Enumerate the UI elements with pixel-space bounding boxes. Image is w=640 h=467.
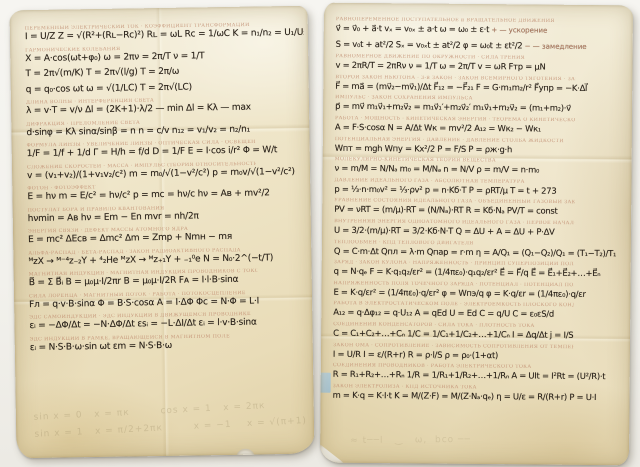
handwritten-formula: ν = m/M = N/Nₐ m₀ = M/Nₐ n = N/V ρ = m/V… — [335, 162, 628, 177]
handwritten-formula: p⃗ = mv⃗ m₁v⃗₁+m₂v⃗₂ = m₁v⃗₁′+m₂v⃗₂′ m₁v… — [335, 100, 628, 115]
formula-line: ЗАКОН ЭЛЕКТРОЛИЗА · КПД ИСТОЧНИКА ТОКАm … — [333, 382, 626, 403]
formula-line: РАВНОМЕРНОЕ ДВИЖЕНИЕ ПО ОКРУЖНОСТИ · СИЛ… — [335, 53, 628, 74]
formula-line: АЛЬФА-РАСПАД · БЕТА-РАСПАД · ЗАКОН РАДИО… — [28, 245, 307, 269]
formula-line: S = v₀t + at²/2 Sₓ = v₀ₓt ± at²/2 φ = ω₀… — [336, 37, 629, 53]
formula-line: ФОТОН · ФОТОЭФФЕКТE = hν m = E/c² = hν/c… — [27, 181, 306, 205]
formula-line: НАПРЯЖЁННОСТЬ ПОЛЯ ТОЧЕЧНОГО ЗАРЯДА · ПО… — [333, 279, 626, 300]
handwritten-formula: I = U/R I = ε/(R+r) R = ρ·l/S ρ = ρ₀·(1+… — [333, 347, 626, 362]
handwritten-formula: S = v₀t + at²/2 Sₓ = v₀ₓt ± at²/2 φ = ω₀… — [336, 37, 629, 53]
handwritten-formula: C = C₁+C₂+…+Cₙ 1/C = 1/C₁+1/C₂+…+1/Cₙ I … — [333, 327, 626, 342]
formula-line: ПОСТУЛАТ БОРА И ПРАВИЛО КВАНТОВАНИЯhνmin… — [28, 202, 307, 226]
formula-line: РАВНОПЕРЕМЕННОЕ ПОСТУПАТЕЛЬНОЕ и ВРАЩАТЕ… — [336, 16, 629, 38]
formula-line: РАБОТА · МОЩНОСТЬ · КИНЕТИЧЕСКАЯ ЭНЕРГИЯ… — [335, 115, 628, 136]
formula-line: ПЕРЕМЕННЫЙ ЭЛЕКТРИЧЕСКИЙ ТОК · КОЭФФИЦИЕ… — [25, 21, 304, 45]
pencil-note-left: sin x = 0 x = πк cos x = 1 x = 2πк sin x… — [33, 396, 307, 444]
handwritten-formula: PV = νRT = (m/μ)·RT = (N/Nₐ)·RT R = Kб·N… — [334, 203, 627, 218]
formula-line: ГАРМОНИЧЕСКИЕ КОЛЕБАНИЯX = A·cos(ωt+φ₀) … — [25, 42, 304, 66]
handwritten-formula: v = 2πR/T = 2πRν ν = 1/T ω = 2π/T v = ωR… — [335, 59, 628, 74]
photo-background: ПЕРЕМЕННЫЙ ЭЛЕКТРИЧЕСКИЙ ТОК · КОЭФФИЦИЕ… — [0, 0, 640, 467]
formula-line: ДАВЛЕНИЕ ИДЕАЛЬНОГО ГАЗА · АБСОЛЮТНАЯ ТЕ… — [334, 177, 627, 198]
formula-line: СЛОЖЕНИЕ СКОРОСТЕЙ · МАССА · ИМПУЛЬС (ТЕ… — [27, 159, 306, 183]
right-page-formulas: РАВНОПЕРЕМЕННОЕ ПОСТУПАТЕЛЬНОЕ и ВРАЩАТЕ… — [321, 3, 633, 406]
handwritten-formula: A₁₂ = q·Δφ₁₂ = q·U₁₂ A = qEd U = Ed C = … — [333, 306, 626, 321]
handwritten-formula: R = R₁+R₂+…+Rₙ 1/R = 1/R₁+1/R₂+…+1/Rₙ A … — [333, 368, 626, 383]
formula-line: ИМПУЛЬС · ЗАКОН СОХРАНЕНИЯ ИМПУЛЬСАp⃗ = … — [335, 94, 628, 115]
torn-notch — [236, 449, 254, 459]
formula-line: МОЛЕКУЛЯРНО-КИНЕТИЧЕСКАЯ ТЕОРИЯ ВЕЩЕСТВА… — [335, 156, 628, 177]
sign-legend: + — ускорение — [489, 26, 547, 35]
handwritten-formula: q = N·qₑ F = K·q₁q₂/εr² = (1/4πε₀)·q₁q₂/… — [334, 265, 627, 280]
formula-line: СОЕДИНЕНИЯ КОНДЕНСАТОРОВ · СИЛА ТОКА · П… — [333, 321, 626, 342]
formula-line: ТЕПЛООБМЕН · КПД ТЕПЛОВОГО ДВИГАТЕЛЯQ = … — [334, 238, 627, 259]
handwritten-formula: Q = C·m·Δt Qпл = λ·m Qпар = r·m η = A/Q₁… — [334, 244, 627, 259]
formula-line: ЭДС ИНДУКЦИИ В РАМКЕ, ВРАЩАЮЩЕЙСЯ В МАГН… — [30, 331, 309, 355]
left-sheet-surface: ПЕРЕМЕННЫЙ ЭЛЕКТРИЧЕСКИЙ ТОК · КОЭФФИЦИЕ… — [9, 6, 314, 459]
formula-line: ЭДС САМОИНДУКЦИИ · ЭДС ИНДУКЦИИ В ДВИЖУЩ… — [29, 310, 308, 334]
formula-line: ВНУТРЕННЯЯ ЭНЕРГИЯ ОДНОАТОМНОГО ИДЕАЛЬНО… — [334, 218, 627, 239]
right-sheet-surface: РАВНОПЕРЕМЕННОЕ ПОСТУПАТЕЛЬНОЕ и ВРАЩАТЕ… — [320, 3, 633, 466]
left-sheet: ПЕРЕМЕННЫЙ ЭЛЕКТРИЧЕСКИЙ ТОК · КОЭФФИЦИЕ… — [9, 6, 314, 459]
formula-line: СОЕДИНЕНИЯ ПРОВОДНИКОВ · РАБОТА ЭЛЕКТРИЧ… — [333, 362, 626, 383]
tape-sticker — [320, 373, 331, 393]
torn-corner — [320, 444, 345, 464]
right-sheet: РАВНОПЕРЕМЕННОЕ ПОСТУПАТЕЛЬНОЕ и ВРАЩАТЕ… — [320, 3, 633, 466]
formula-line: ЗАРЯД · ЗАКОН КУЛОНА · НАПРЯЖЁННОСТЬ · П… — [334, 259, 627, 280]
formula-line: МАГНИТНАЯ ИНДУКЦИЯ · МАГНИТНАЯ ИНДУКЦИЯ … — [29, 267, 308, 291]
handwritten-formula: v⃗ = v⃗₀ + a⃗·t vₓ = v₀ₓ ± a·t ω = ω₀ ± … — [336, 22, 629, 38]
handwritten-formula: m = K·q = K·I·t K = M/(Z·F) = M/(Z·Nₐ·qₑ… — [333, 388, 626, 403]
handwritten-formula: p = ⅓·n·m₀v² = ⅓·ρv² p = n·Kб·T P = ρRT/… — [334, 183, 627, 198]
left-page-formulas: ПЕРЕМЕННЫЙ ЭЛЕКТРИЧЕСКИЙ ТОК · КОЭФФИЦИЕ… — [9, 6, 312, 358]
formula-line: РАБОТА В ЭЛЕКТРОСТАТИЧЕСКОМ ПОЛЕ · ЭЛЕКТ… — [333, 300, 626, 321]
formula-line: ДИФРАКЦИЯ · ПРЕЛОМЛЕНИЕ СВЕТАd·sinφ = Kλ… — [26, 116, 305, 140]
handwritten-formula: A = F·S·cosα N = A/Δt Wк = mv²/2 A₁₂ = W… — [335, 121, 628, 136]
formula-line: УРАВНЕНИЕ СОСТОЯНИЯ ИДЕАЛЬНОГО ГАЗА · ОБ… — [334, 197, 627, 218]
formula-line: ЗАКОН ОМА · СОПРОТИВЛЕНИЕ · ЗАВИСИМОСТЬ … — [333, 341, 626, 362]
handwritten-formula: Wпт = mgh Wпу = Kx²/2 P = F/S P = ρж·g·h — [335, 141, 628, 156]
formula-line: ДЛИНА ВОЛНЫ · ИНТЕРФЕРЕНЦИЯ СВЕТАλ = v·T… — [26, 95, 305, 119]
handwritten-formula: F⃗ = ma⃗ = (mv⃗₂−mv⃗₁)/Δt F⃗₁₂ = −F⃗₂₁ F… — [335, 80, 628, 95]
formula-line: ЭНЕРГИЯ СВЯЗИ · ДЕФЕКТ МАССЫ АТОМНОГО ЯД… — [28, 224, 307, 248]
formula-line: ФОРМУЛА ЛИНЗЫ · УВЕЛИЧЕНИЕ ЛИНЗЫ · ОПТИЧ… — [27, 138, 306, 162]
sign-legend: − — замедление — [522, 42, 586, 51]
formula-line: СИЛА ЛОРЕНЦА · МАГНИТНЫЙ ПОТОК · РАБОТА … — [29, 288, 308, 312]
formula-line: ВТОРОЙ ЗАКОН НЬЮТОНА · 3-й ЗАКОН · ЗАКОН… — [335, 74, 628, 95]
pencil-note-right: ≈ t──l ‿ ω, bco ── — [350, 435, 471, 446]
handwritten-formula: U = 3/2·(m/μ)·RT = 3/2·Kб·N·T Q = ΔU + A… — [334, 224, 627, 239]
handwritten-formula: E = K·q/εr² = (1/4πε₀)·q/εr² φ = Wпэ/q φ… — [333, 285, 626, 300]
formula-line: ПОТЕНЦИАЛЬНАЯ ЭНЕРГИЯ · ДАВЛЕНИЕ · ДАВЛЕ… — [335, 135, 628, 156]
